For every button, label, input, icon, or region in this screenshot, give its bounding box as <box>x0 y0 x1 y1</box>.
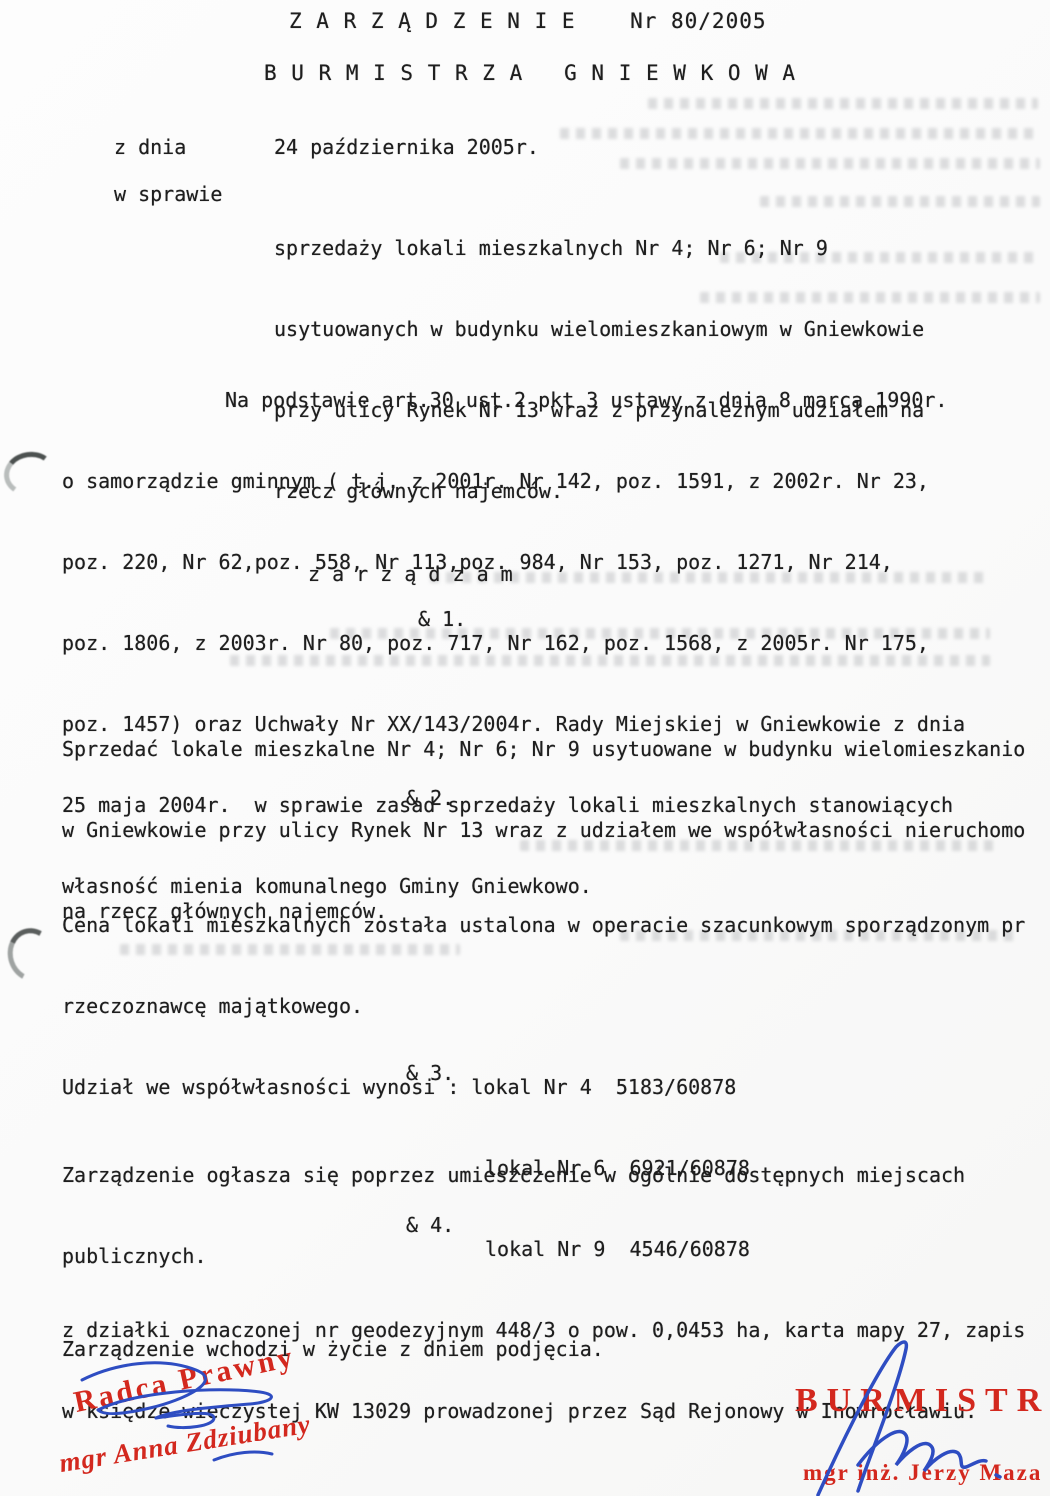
date-value: 24 października 2005r. <box>274 134 539 161</box>
text-line: w Gniewkowie przy ulicy Rynek Nr 13 wraz… <box>62 817 1025 844</box>
text-line: rzeczoznawcę majątkowego. <box>62 993 1025 1020</box>
text-line: Zarządzenie ogłasza się poprzez umieszcz… <box>62 1162 965 1189</box>
hole-punch-shadow <box>1 449 59 500</box>
text-line: Cena lokali mieszkalnych została ustalon… <box>62 912 1025 939</box>
section-3-marker: & 3. <box>406 1060 454 1087</box>
document-title: Z A R Z Ą D Z E N I E Nr 80/2005 <box>289 8 767 35</box>
text-line: Sprzedać lokale mieszkalne Nr 4; Nr 6; N… <box>62 736 1025 763</box>
bleedthrough-artifact <box>620 158 1040 169</box>
text-line: Na podstawie art.30 ust.2 pkt 3 ustawy z… <box>62 387 965 414</box>
text-line: publicznych. <box>62 1243 965 1270</box>
subject-label: w sprawie <box>114 181 222 208</box>
bleedthrough-artifact <box>560 128 1040 139</box>
bleedthrough-artifact <box>648 98 1038 109</box>
text-line: sprzedaży lokali mieszkalnych Nr 4; Nr 6… <box>274 235 924 262</box>
text-line: poz. 1806, z 2003r. Nr 80, poz. 717, Nr … <box>62 630 965 657</box>
scanned-document-page: Z A R Z Ą D Z E N I E Nr 80/2005 B U R M… <box>0 0 1050 1496</box>
hole-punch-shadow <box>1 922 63 988</box>
document-issuer: B U R M I S T R Z A G N I E W K O W A <box>264 60 796 87</box>
text-line: Udział we współwłasności wynosi : lokal … <box>62 1074 1025 1101</box>
text-line: poz. 220, Nr 62,poz. 558, Nr 113,poz. 98… <box>62 549 965 576</box>
section-1-marker: & 1. <box>418 606 466 633</box>
ordain-word: z a r z ą d z a m <box>308 561 513 588</box>
section-2-marker: & 2. <box>406 785 454 812</box>
section-4-marker: & 4. <box>406 1212 454 1239</box>
date-label: z dnia <box>114 134 186 161</box>
text-line: o samorządzie gminnym ( t.j. z 2001r. Nr… <box>62 468 965 495</box>
mayor-signature <box>800 1335 1040 1496</box>
legal-counsel-signature <box>64 1348 304 1478</box>
